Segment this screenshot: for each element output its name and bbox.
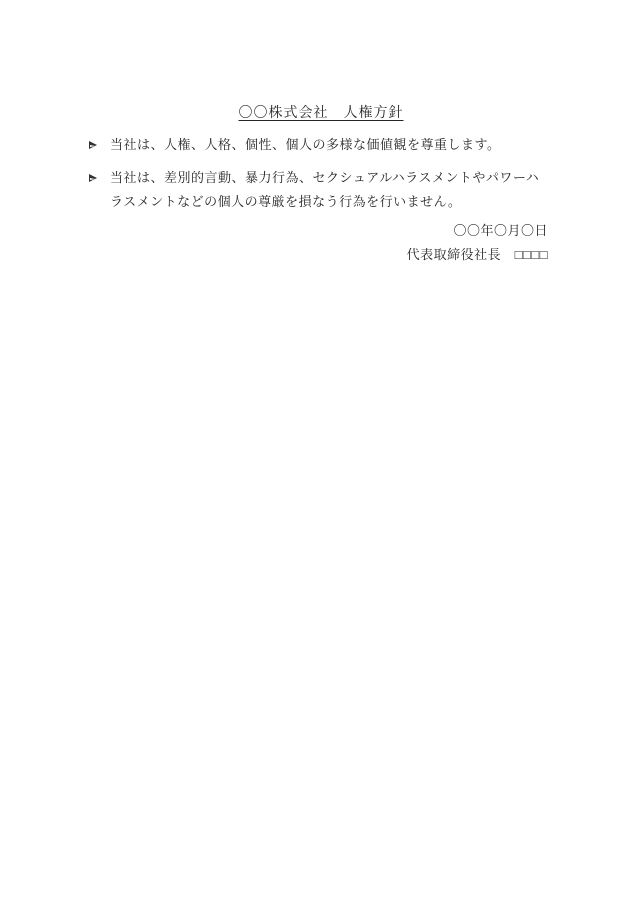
arrow-bullet-icon <box>88 133 110 157</box>
signature-line: 代表取締役社長 □□□□ <box>0 243 548 267</box>
page-title: 〇〇株式会社 人権方針 <box>0 103 642 122</box>
arrow-bullet-icon <box>88 166 110 190</box>
list-item: 当社は、人権、人格、個性、個人の多様な価値観を尊重します。 <box>88 133 548 157</box>
policy-item-text: 当社は、差別的言動、暴力行為、セクシュアルハラスメントやパワーハラスメントなどの… <box>110 166 548 214</box>
policy-item-text: 当社は、人権、人格、個性、個人の多様な価値観を尊重します。 <box>110 133 548 157</box>
document-content: 〇〇株式会社 人権方針 当社は、人権、人格、個性、個人の多様な価値観を尊重します… <box>0 0 642 267</box>
document-meta: 〇〇年〇月〇日 代表取締役社長 □□□□ <box>0 219 642 267</box>
page-title-text: 〇〇株式会社 人権方針 <box>239 104 404 120</box>
policy-list: 当社は、人権、人格、個性、個人の多様な価値観を尊重します。 当社は、差別的言動、… <box>0 133 642 214</box>
date-line: 〇〇年〇月〇日 <box>0 219 548 243</box>
list-item: 当社は、差別的言動、暴力行為、セクシュアルハラスメントやパワーハラスメントなどの… <box>88 166 548 214</box>
document-page: 〇〇株式会社 人権方針 当社は、人権、人格、個性、個人の多様な価値観を尊重します… <box>0 0 642 910</box>
